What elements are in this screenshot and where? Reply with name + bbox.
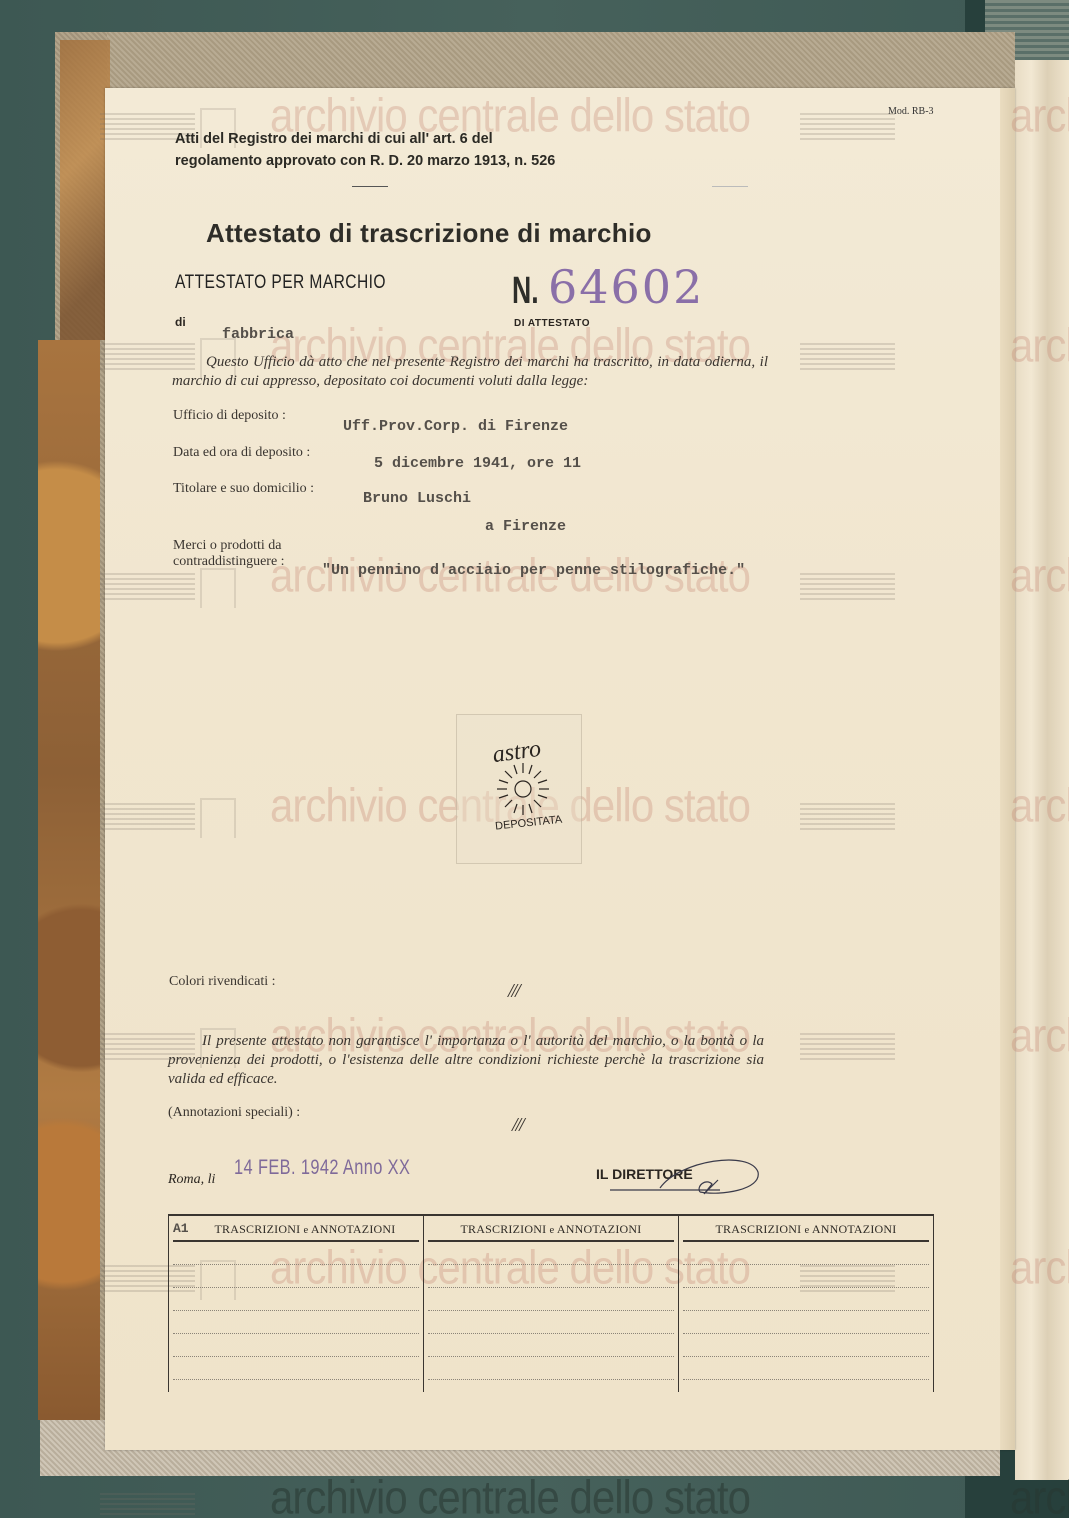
trademark-logo-icon: astro DEPOSITATA xyxy=(457,715,583,865)
marchio-type-value: fabbrica xyxy=(222,326,294,343)
column-header-sep: e xyxy=(804,1225,809,1236)
field-label-merci-line1: Merci o prodotti da xyxy=(173,538,285,554)
page-edge xyxy=(1000,88,1015,1450)
disclaimer-paragraph: Il presente attestato non garantisce l' … xyxy=(168,1032,764,1089)
next-page-edge xyxy=(1015,60,1069,1480)
attestato-label: ATTESTATO PER MARCHIO xyxy=(175,272,386,294)
table-column: TRASCRIZIONI e ANNOTAZIONI xyxy=(678,1216,934,1392)
svg-text:DEPOSITATA: DEPOSITATA xyxy=(495,814,564,833)
entry-line[interactable] xyxy=(683,1242,929,1265)
field-value-ufficio: Uff.Prov.Corp. di Firenze xyxy=(343,418,568,435)
entry-line[interactable] xyxy=(683,1357,929,1380)
field-value-merci: "Un pennino d'acciaio per penne stilogra… xyxy=(322,562,745,579)
column-header-part: ANNOTAZIONI xyxy=(812,1222,897,1236)
annotazioni-label: (Annotazioni speciali) : xyxy=(168,1105,300,1121)
column-header-sep: e xyxy=(303,1225,308,1236)
field-value-titolare: Bruno Luschi xyxy=(363,490,471,507)
field-value-data: 5 dicembre 1941, ore 11 xyxy=(374,455,581,472)
svg-text:astro: astro xyxy=(491,736,543,768)
colori-value: /// xyxy=(508,980,519,1003)
form-code: Mod. RB-3 xyxy=(888,106,934,117)
column-header: TRASCRIZIONI e ANNOTAZIONI xyxy=(173,1216,419,1242)
entry-line[interactable] xyxy=(428,1334,674,1357)
column-header: TRASCRIZIONI e ANNOTAZIONI xyxy=(683,1216,929,1242)
entry-line[interactable] xyxy=(428,1242,674,1265)
transcriptions-table: A1 TRASCRIZIONI e ANNOTAZIONI TRASCRIZIO… xyxy=(168,1214,934,1392)
entry-line[interactable] xyxy=(428,1357,674,1380)
header-line-1: Atti del Registro dei marchi di cui all'… xyxy=(175,128,555,150)
entry-line[interactable] xyxy=(683,1265,929,1288)
intro-paragraph: Questo Ufficio dà atto che nel presente … xyxy=(172,353,768,391)
document-title: Attestato di trascrizione di marchio xyxy=(206,218,652,249)
column-header-part: ANNOTAZIONI xyxy=(557,1222,642,1236)
column-header-part: TRASCRIZIONI xyxy=(461,1222,547,1236)
cloth-binding-top xyxy=(55,32,1015,92)
annotazioni-value: /// xyxy=(512,1114,523,1137)
entry-line[interactable] xyxy=(173,1265,419,1288)
signature-icon xyxy=(600,1150,770,1202)
column-header-part: TRASCRIZIONI xyxy=(215,1222,301,1236)
entry-line[interactable] xyxy=(173,1242,419,1265)
di-label: di xyxy=(175,315,186,329)
sun-icon xyxy=(497,763,549,815)
field-label-merci: Merci o prodotti da contraddistinguere : xyxy=(173,538,285,570)
entry-line[interactable] xyxy=(428,1288,674,1311)
attestato-number-stamp: 64602 xyxy=(548,260,704,314)
number-prefix: N. xyxy=(512,270,539,313)
entry-line[interactable] xyxy=(428,1265,674,1288)
column-header-part: TRASCRIZIONI xyxy=(716,1222,802,1236)
divider xyxy=(352,186,388,187)
field-label-data: Data ed ora di deposito : xyxy=(173,445,310,461)
row-marker: A1 xyxy=(173,1221,189,1236)
colori-label: Colori rivendicati : xyxy=(169,974,276,990)
entry-line[interactable] xyxy=(173,1334,419,1357)
field-label-ufficio: Ufficio di deposito : xyxy=(173,408,286,424)
entry-line[interactable] xyxy=(683,1311,929,1334)
table-column: TRASCRIZIONI e ANNOTAZIONI xyxy=(423,1216,678,1392)
header-reference: Atti del Registro dei marchi di cui all'… xyxy=(175,128,555,172)
column-header-sep: e xyxy=(549,1225,554,1236)
column-header-part: ANNOTAZIONI xyxy=(311,1222,396,1236)
column-header: TRASCRIZIONI e ANNOTAZIONI xyxy=(428,1216,674,1242)
entry-line[interactable] xyxy=(173,1311,419,1334)
marbled-corner xyxy=(60,40,110,340)
field-value-domicilio: a Firenze xyxy=(485,518,566,535)
entry-line[interactable] xyxy=(428,1311,674,1334)
number-caption: DI ATTESTATO xyxy=(514,318,590,329)
date-stamp: 14 FEB. 1942 Anno XX xyxy=(234,1156,410,1180)
entry-line[interactable] xyxy=(173,1357,419,1380)
field-label-merci-line2: contraddistinguere : xyxy=(173,554,285,570)
entry-line[interactable] xyxy=(173,1288,419,1311)
field-label-titolare: Titolare e suo domicilio : xyxy=(173,481,314,497)
entry-line[interactable] xyxy=(683,1288,929,1311)
marbled-cover-edge xyxy=(38,340,100,1420)
place-label: Roma, li xyxy=(168,1172,215,1188)
divider xyxy=(712,186,748,187)
header-line-2: regolamento approvato con R. D. 20 marzo… xyxy=(175,150,555,172)
table-column: A1 TRASCRIZIONI e ANNOTAZIONI xyxy=(168,1216,423,1392)
trademark-specimen: astro DEPOSITATA xyxy=(456,714,582,864)
entry-line[interactable] xyxy=(683,1334,929,1357)
